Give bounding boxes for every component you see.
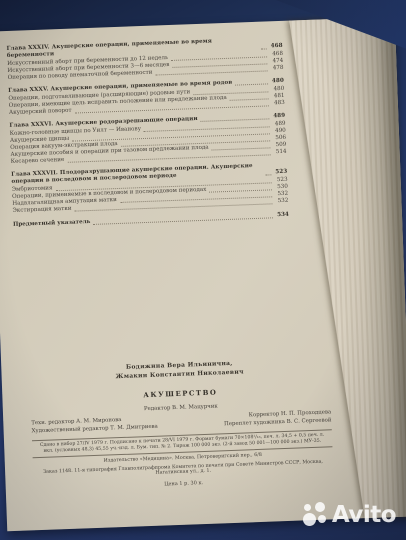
toc-page-number: 523 [273, 169, 287, 177]
toc-page-number: 468 [269, 43, 283, 51]
toc-page-number: 483 [271, 100, 285, 108]
avito-watermark: Avito [303, 502, 396, 528]
toc-page-number: 514 [272, 149, 286, 157]
avito-logo-icon [303, 502, 327, 528]
dot-leader [265, 174, 271, 175]
toc-entry-label: Экстирпация матки [12, 206, 71, 215]
dot-leader [261, 48, 267, 49]
page-content: Глава XXXIV. Акушерские операции, примен… [6, 30, 289, 229]
dot-leader [75, 105, 269, 113]
photo-of-book-page: Глава XXXIV. Акушерские операции, примен… [0, 0, 406, 540]
toc-page-number: 534 [275, 212, 289, 220]
dot-leader [235, 83, 268, 85]
table-of-contents: Глава XXXIV. Акушерские операции, примен… [7, 36, 290, 229]
toc-page-number: 489 [271, 113, 285, 121]
avito-watermark-label: Avito [332, 502, 396, 528]
dot-leader [75, 203, 273, 211]
toc-page-number: 532 [274, 198, 288, 206]
toc-entry-label: Кесарево сечение [11, 157, 65, 166]
toc-index-entry-label: Предметный указатель [13, 219, 91, 229]
dot-leader [93, 217, 273, 225]
toc-index-entry: Предметный указатель534 [13, 212, 289, 229]
colophon: Бодяжина Вера Ильинична, Жмакин Констант… [29, 355, 333, 492]
book-page: Глава XXXIV. Акушерские операции, примен… [0, 17, 406, 532]
dot-leader [155, 70, 267, 75]
toc-page-number: 478 [269, 65, 283, 73]
toc-entry-label: Акушерский поворот [9, 108, 72, 117]
toc-page-number: 480 [270, 78, 284, 86]
